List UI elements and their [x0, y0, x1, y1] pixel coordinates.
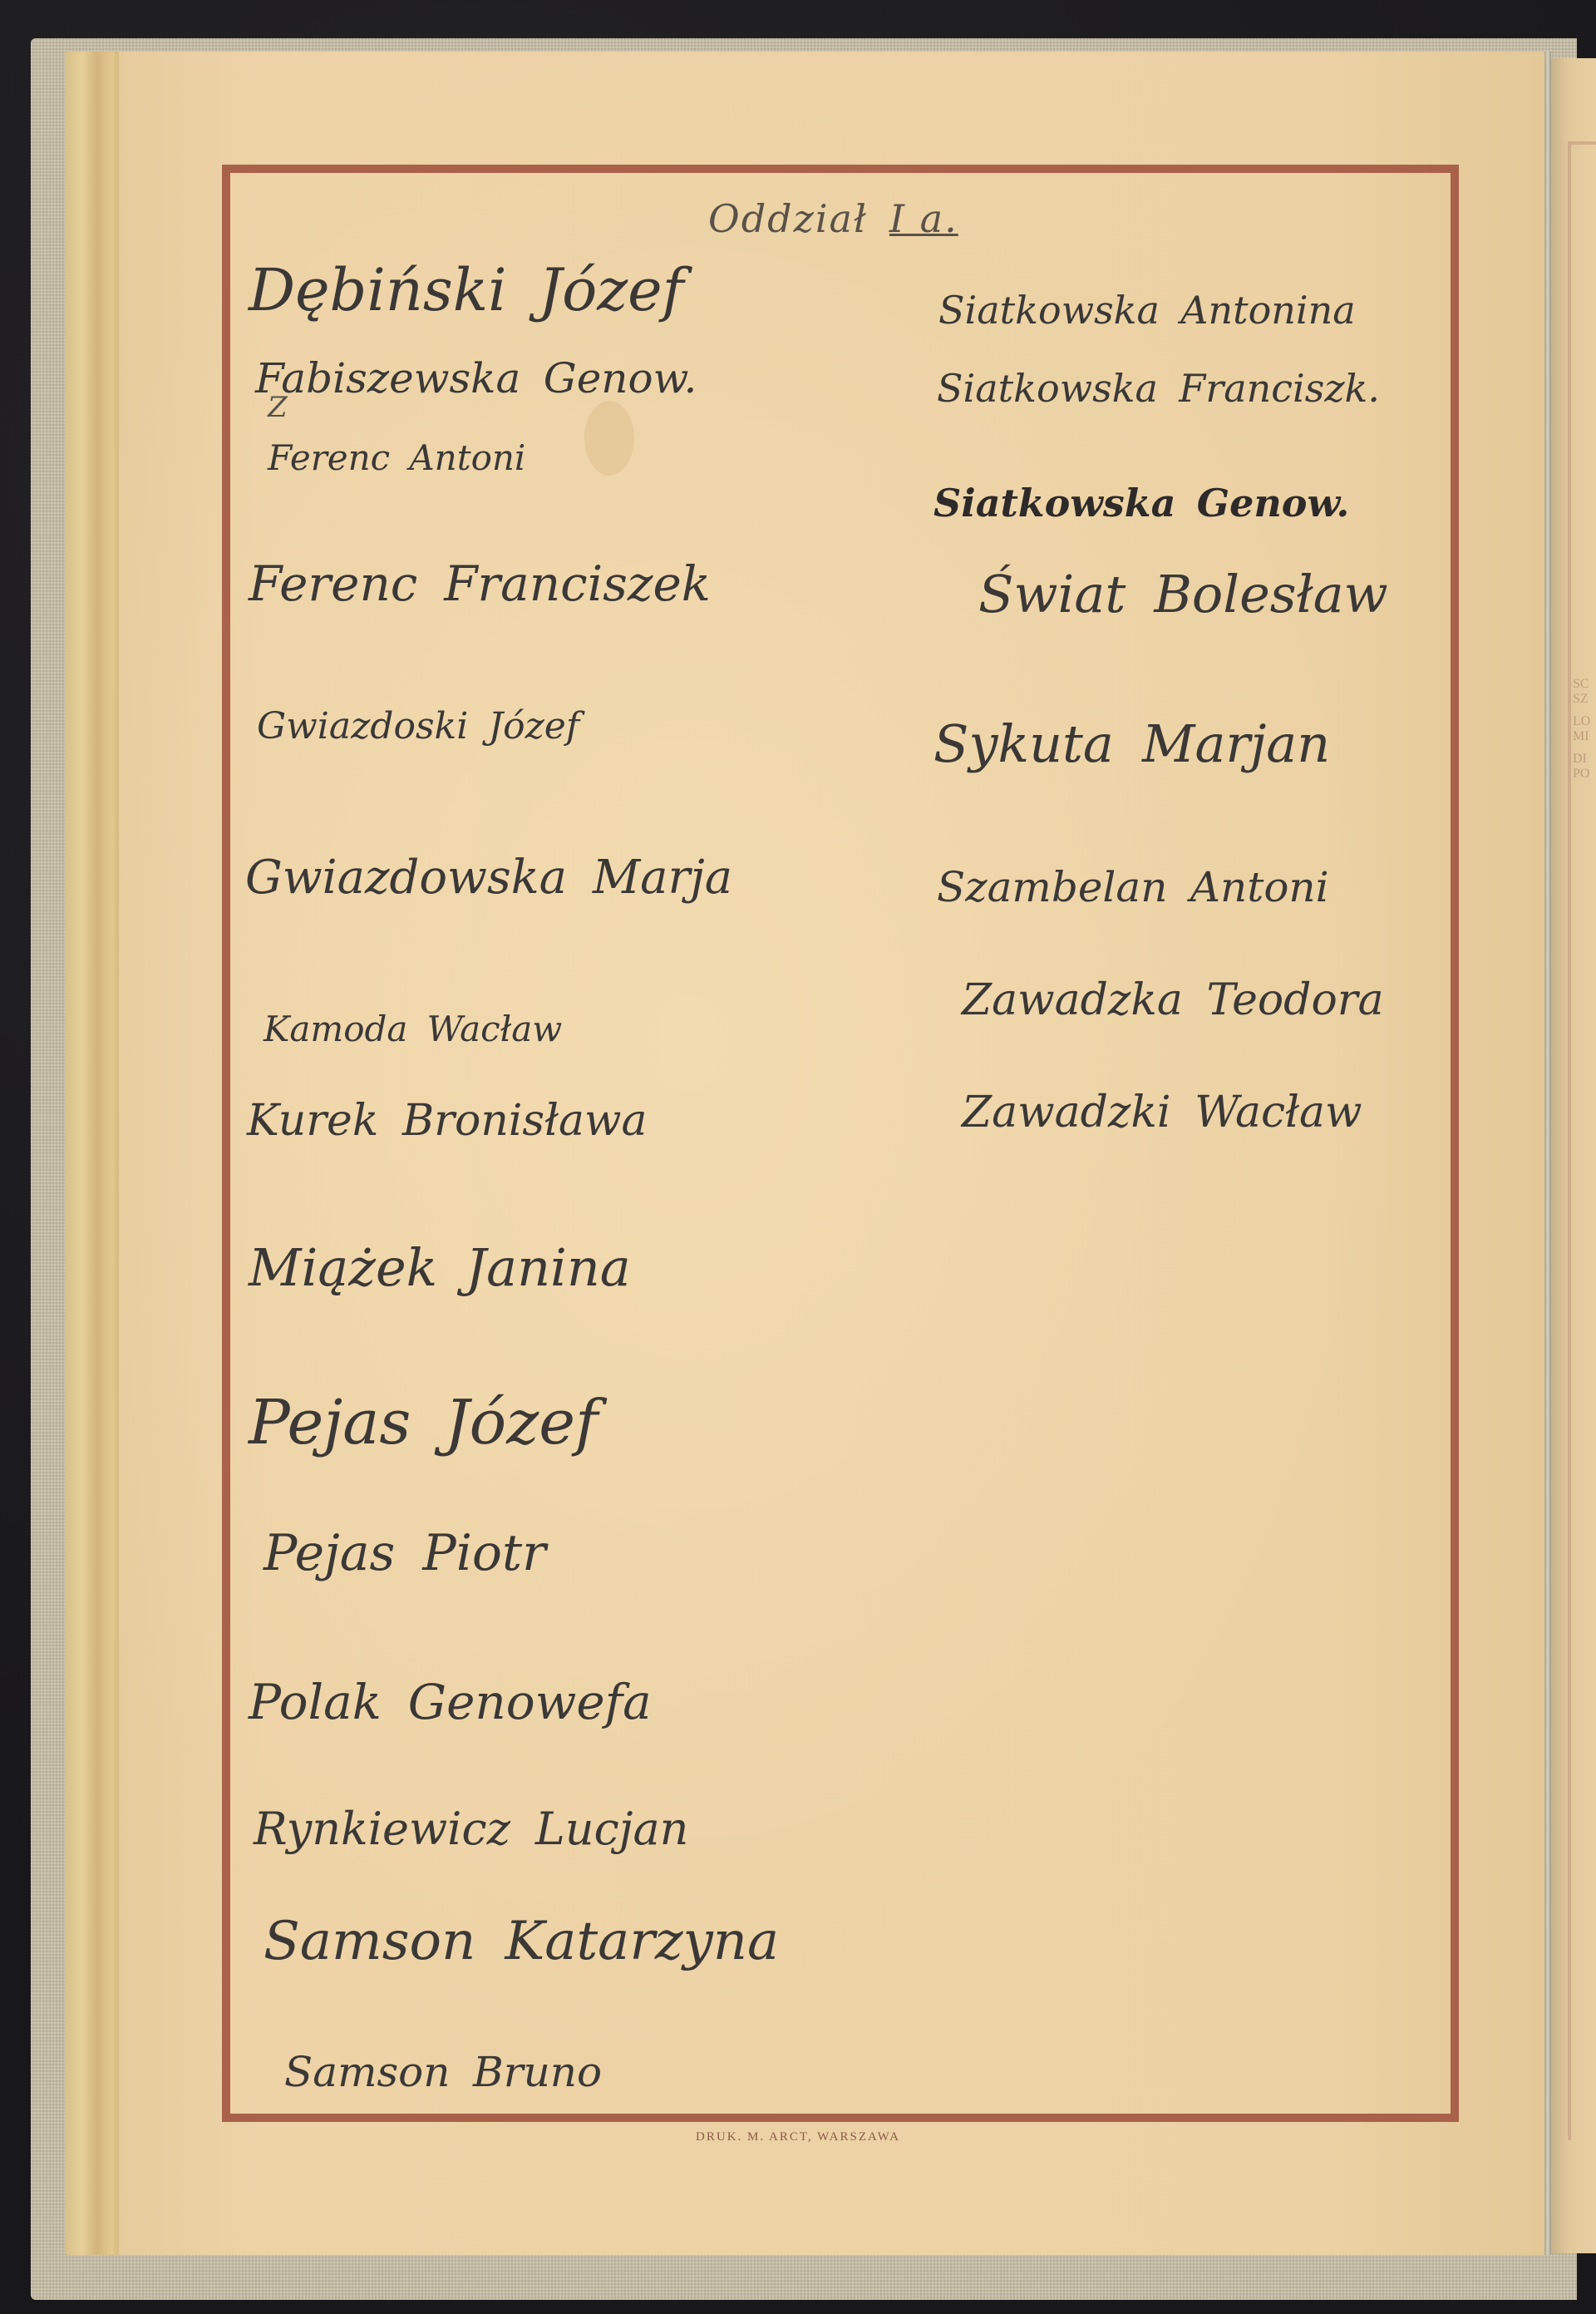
next-page-fragment: LO: [1573, 715, 1590, 729]
next-page-fragment: DI: [1573, 752, 1587, 767]
next-page-frame: [1568, 141, 1596, 2140]
student-entry: KurekBronisława: [247, 1096, 648, 1146]
book-gutter: [1544, 52, 1551, 2255]
student-entry: GwiazdowskaMarja: [245, 851, 732, 905]
student-entry: PejasJózef: [249, 1387, 598, 1458]
next-page-fragment: MI: [1573, 730, 1589, 744]
printer-imprint: DRUK. M. ARCT, WARSZAWA: [0, 2130, 1596, 2144]
student-entry: DębińskiJózef: [249, 256, 683, 324]
next-page-edge: SC SZ LO MI DI PO: [1551, 58, 1596, 2253]
next-page-fragment: SZ: [1573, 693, 1589, 707]
student-entry: FerencAntoni: [268, 437, 525, 478]
student-entry: ZawadzkaTeodora: [962, 975, 1384, 1025]
student-entry: ŚwiatBolesław: [978, 564, 1388, 624]
student-entry: ZawadzkiWacław: [962, 1088, 1362, 1137]
student-entry: RynkiewiczLucjan: [254, 1803, 688, 1855]
student-entry: SzambelanAntoni: [937, 863, 1329, 911]
scanned-book-spread: SC SZ LO MI DI PO OddziałI a. DębińskiJó…: [0, 0, 1596, 2314]
student-entry: SykutaMarjan: [933, 713, 1330, 774]
student-entry: KamodaWacław: [264, 1009, 562, 1049]
student-entry: PolakGenowefa: [249, 1674, 652, 1730]
heading-division: I a.: [889, 196, 958, 241]
correction-mark: Z: [268, 391, 288, 424]
student-entry: PejasPiotr: [264, 1524, 546, 1582]
printed-page-frame: OddziałI a. DębińskiJózef FabiszewskaGen…: [222, 165, 1459, 2122]
student-entry: FabiszewskaGenow.: [255, 354, 697, 402]
page-stack-edge: [65, 52, 123, 2255]
next-page-fragment: SC: [1573, 678, 1589, 692]
student-entry: SiatkowskaAntonina: [938, 288, 1356, 333]
student-entry: SiatkowskaFranciszk.: [937, 366, 1380, 411]
student-entry: FerencFranciszek: [249, 555, 711, 612]
register-content: OddziałI a. DębińskiJózef FabiszewskaGen…: [230, 173, 1451, 2114]
student-entry: GwiazdoskiJózef: [257, 705, 579, 747]
division-heading: OddziałI a.: [708, 196, 958, 241]
student-entry: MiążekJanina: [249, 1237, 631, 1298]
next-page-fragment: PO: [1573, 767, 1589, 782]
student-entry: SamsonKatarzyna: [264, 1911, 779, 1972]
heading-label: Oddział: [708, 196, 868, 241]
student-entry: SamsonBruno: [284, 2048, 602, 2096]
student-entry: SiatkowskaGenow.: [933, 481, 1349, 525]
